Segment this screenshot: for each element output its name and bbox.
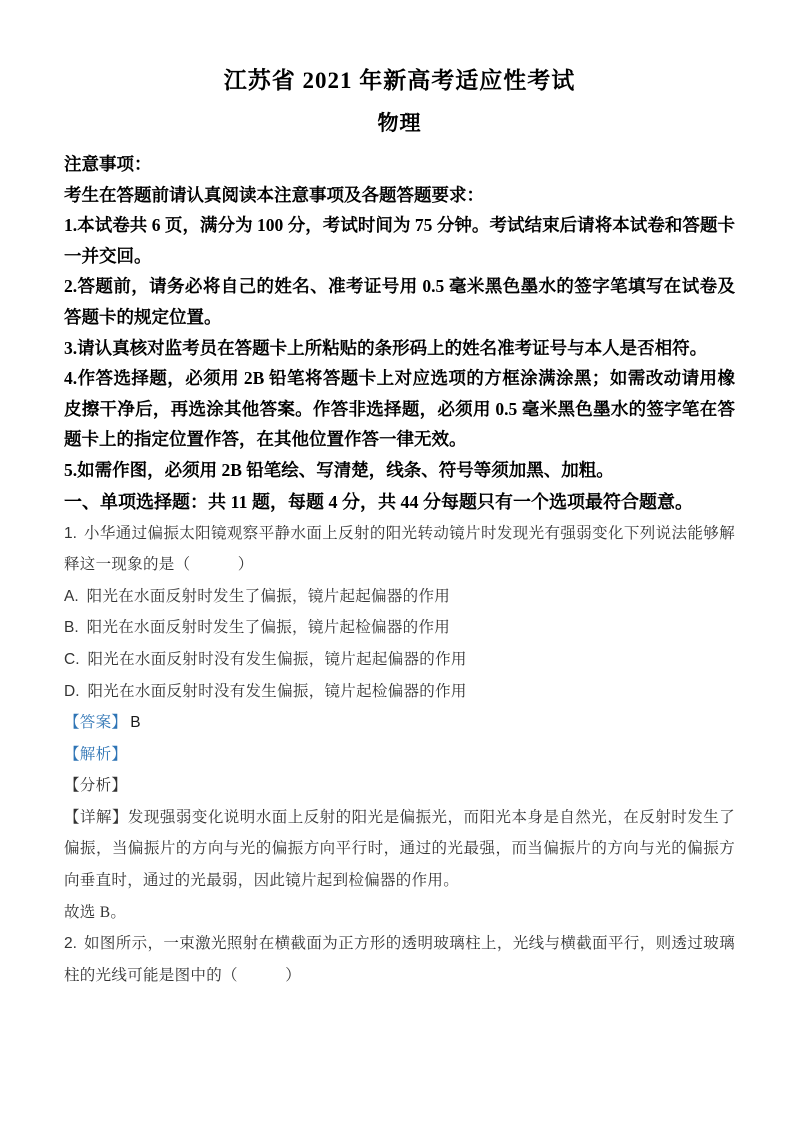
breakdown-row: 【分析】 (64, 770, 735, 802)
option-d-text: 阳光在水面反射时没有发生偏振，镜片起检偏器的作用 (88, 683, 467, 700)
section-heading: 一、单项选择题：共 11 题，每题 4 分，共 44 分每题只有一个选项最符合题… (64, 486, 735, 518)
conclusion-row: 故选 B。 (64, 897, 735, 929)
questions-block: 1.小华通过偏振太阳镜观察平静水面上反射的阳光转动镜片时发现光有强弱变化下列说法… (64, 518, 735, 992)
question-1-number: 1. (64, 525, 77, 542)
notice-item-5: 5.如需作图，必须用 2B 铅笔绘、写清楚，线条、符号等须加黑、加粗。 (64, 455, 735, 486)
notice-intro: 考生在答题前请认真阅读本注意事项及各题答题要求： (64, 180, 735, 211)
option-c-text: 阳光在水面反射时没有发生偏振，镜片起起偏器的作用 (88, 651, 467, 668)
question-2-text: 如图所示，一束激光照射在横截面为正方形的透明玻璃柱上，光线与横截面平行，则透过玻… (64, 935, 735, 984)
question-1-option-a: A.阳光在水面反射时发生了偏振，镜片起起偏器的作用 (64, 581, 735, 613)
option-a-text: 阳光在水面反射时发生了偏振，镜片起起偏器的作用 (87, 588, 450, 605)
notice-item-2: 2.答题前，请务必将自己的姓名、准考证号用 0.5 毫米黑色墨水的签字笔填写在试… (64, 271, 735, 332)
page-subject: 物理 (64, 108, 735, 138)
breakdown-label: 【分析】 (64, 777, 127, 794)
notice-item-1: 1.本试卷共 6 页，满分为 100 分，考试时间为 75 分钟。考试结束后请将… (64, 210, 735, 271)
answer-value: B (130, 714, 140, 731)
analysis-label: 【解析】 (64, 746, 127, 763)
answer-label: 【答案】 (64, 714, 127, 731)
detail-paragraph: 【详解】发现强弱变化说明水面上反射的阳光是偏振光，而阳光本身是自然光，在反射时发… (64, 802, 735, 897)
notice-section: 注意事项： 考生在答题前请认真阅读本注意事项及各题答题要求： 1.本试卷共 6 … (64, 149, 735, 486)
page-title: 江苏省 2021 年新高考适应性考试 (64, 66, 735, 96)
question-2-number: 2. (64, 935, 77, 952)
detail-text: 发现强弱变化说明水面上反射的阳光是偏振光，而阳光本身是自然光，在反射时发生了偏振… (64, 809, 735, 889)
option-a-label: A. (64, 588, 79, 605)
question-1-text: 小华通过偏振太阳镜观察平静水面上反射的阳光转动镜片时发现光有强弱变化下列说法能够… (64, 525, 735, 574)
option-c-label: C. (64, 651, 80, 668)
analysis-row: 【解析】 (64, 739, 735, 771)
question-1-option-b: B.阳光在水面反射时发生了偏振，镜片起检偏器的作用 (64, 612, 735, 644)
document-page: 江苏省 2021 年新高考适应性考试 物理 注意事项： 考生在答题前请认真阅读本… (0, 0, 793, 1122)
detail-label: 【详解】 (64, 809, 128, 826)
option-b-text: 阳光在水面反射时发生了偏振，镜片起检偏器的作用 (87, 619, 450, 636)
option-d-label: D. (64, 683, 80, 700)
notice-heading: 注意事项： (64, 149, 735, 180)
question-1-option-d: D.阳光在水面反射时没有发生偏振，镜片起检偏器的作用 (64, 676, 735, 708)
notice-item-4: 4.作答选择题，必须用 2B 铅笔将答题卡上对应选项的方框涂满涂黑；如需改动请用… (64, 363, 735, 455)
question-1-stem: 1.小华通过偏振太阳镜观察平静水面上反射的阳光转动镜片时发现光有强弱变化下列说法… (64, 518, 735, 581)
notice-item-3: 3.请认真核对监考员在答题卡上所粘贴的条形码上的姓名准考证号与本人是否相符。 (64, 333, 735, 364)
question-1-option-c: C.阳光在水面反射时没有发生偏振，镜片起起偏器的作用 (64, 644, 735, 676)
answer-row: 【答案】B (64, 707, 735, 739)
option-b-label: B. (64, 619, 79, 636)
question-2-stem: 2.如图所示，一束激光照射在横截面为正方形的透明玻璃柱上，光线与横截面平行，则透… (64, 928, 735, 991)
